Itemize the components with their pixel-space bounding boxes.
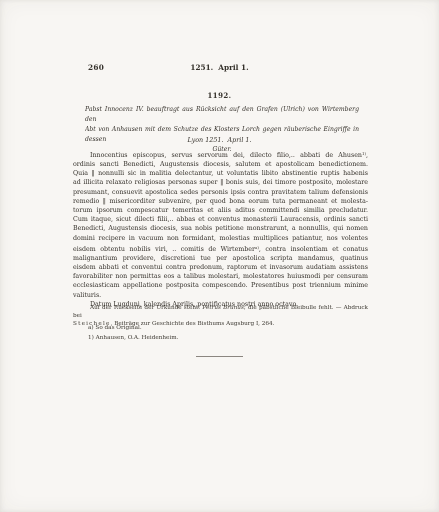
scanned-book-page: 260 1251. April 1. 1192. Pabst Innocenz …	[0, 0, 439, 512]
regest-summary: Pabst Innocenz IV. beauftragt aus Rücksi…	[85, 105, 359, 155]
source-note-line: Auf der Rückseite der Urkunde steht: Pet…	[73, 305, 368, 321]
charter-text-line: eisdem abbati et conventui contra predon…	[73, 263, 368, 272]
footnote-line: a) So das Original.	[88, 324, 288, 334]
charter-text-line: malignantium providere, discretioni tue …	[73, 254, 368, 263]
running-head-date: 1251. April 1.	[0, 63, 439, 72]
charter-text-line: ad illicita relaxato religiosas personas…	[73, 178, 368, 187]
charter-text-line: Quia ‖ nonnulli sic in malitia delectant…	[73, 169, 368, 178]
charter-text-line: presumant, consuevit apostolica sedes pe…	[73, 188, 368, 197]
charter-text-line: ordinis sancti Benedicti, Augustensis di…	[73, 160, 368, 169]
charter-text: Innocentius episcopus, servus servorum d…	[73, 149, 368, 309]
charter-text-line: ecclesiasticam appellatione postposita c…	[73, 281, 368, 290]
charter-text-line: favorabiliter non permittas eos a talibu…	[73, 272, 368, 281]
entry-number: 1192.	[0, 91, 439, 100]
charter-text-line: Cum itaque, sicut dilecti filii,.. abbas…	[73, 215, 368, 224]
charter-text-line: eisdem obtentu nobilis viri, .. comitis …	[73, 243, 368, 254]
footnotes: a) So das Original.1) Anhausen, O.A. Hei…	[88, 324, 288, 343]
charter-text-line: torum ipsorum compescatur temeritas et a…	[73, 206, 368, 215]
charter-text-line: remedio ‖ misericorditer subvenire, per …	[73, 197, 368, 206]
place-date-line: Lyon 1251. April 1.	[0, 136, 439, 144]
entry-divider-rule	[196, 356, 243, 357]
charter-text-line: valituris.	[73, 291, 368, 300]
charter-text-line: domini recipere in vacuum non formidant,…	[73, 234, 368, 243]
summary-line: Pabst Innocenz IV. beauftragt aus Rücksi…	[85, 105, 359, 125]
charter-text-line: Innocentius episcopus, servus servorum d…	[73, 149, 368, 160]
charter-text-line: Benedicti, Augustensis diocesis, sua nob…	[73, 224, 368, 233]
footnote-line: 1) Anhausen, O.A. Heidenheim.	[88, 334, 288, 344]
